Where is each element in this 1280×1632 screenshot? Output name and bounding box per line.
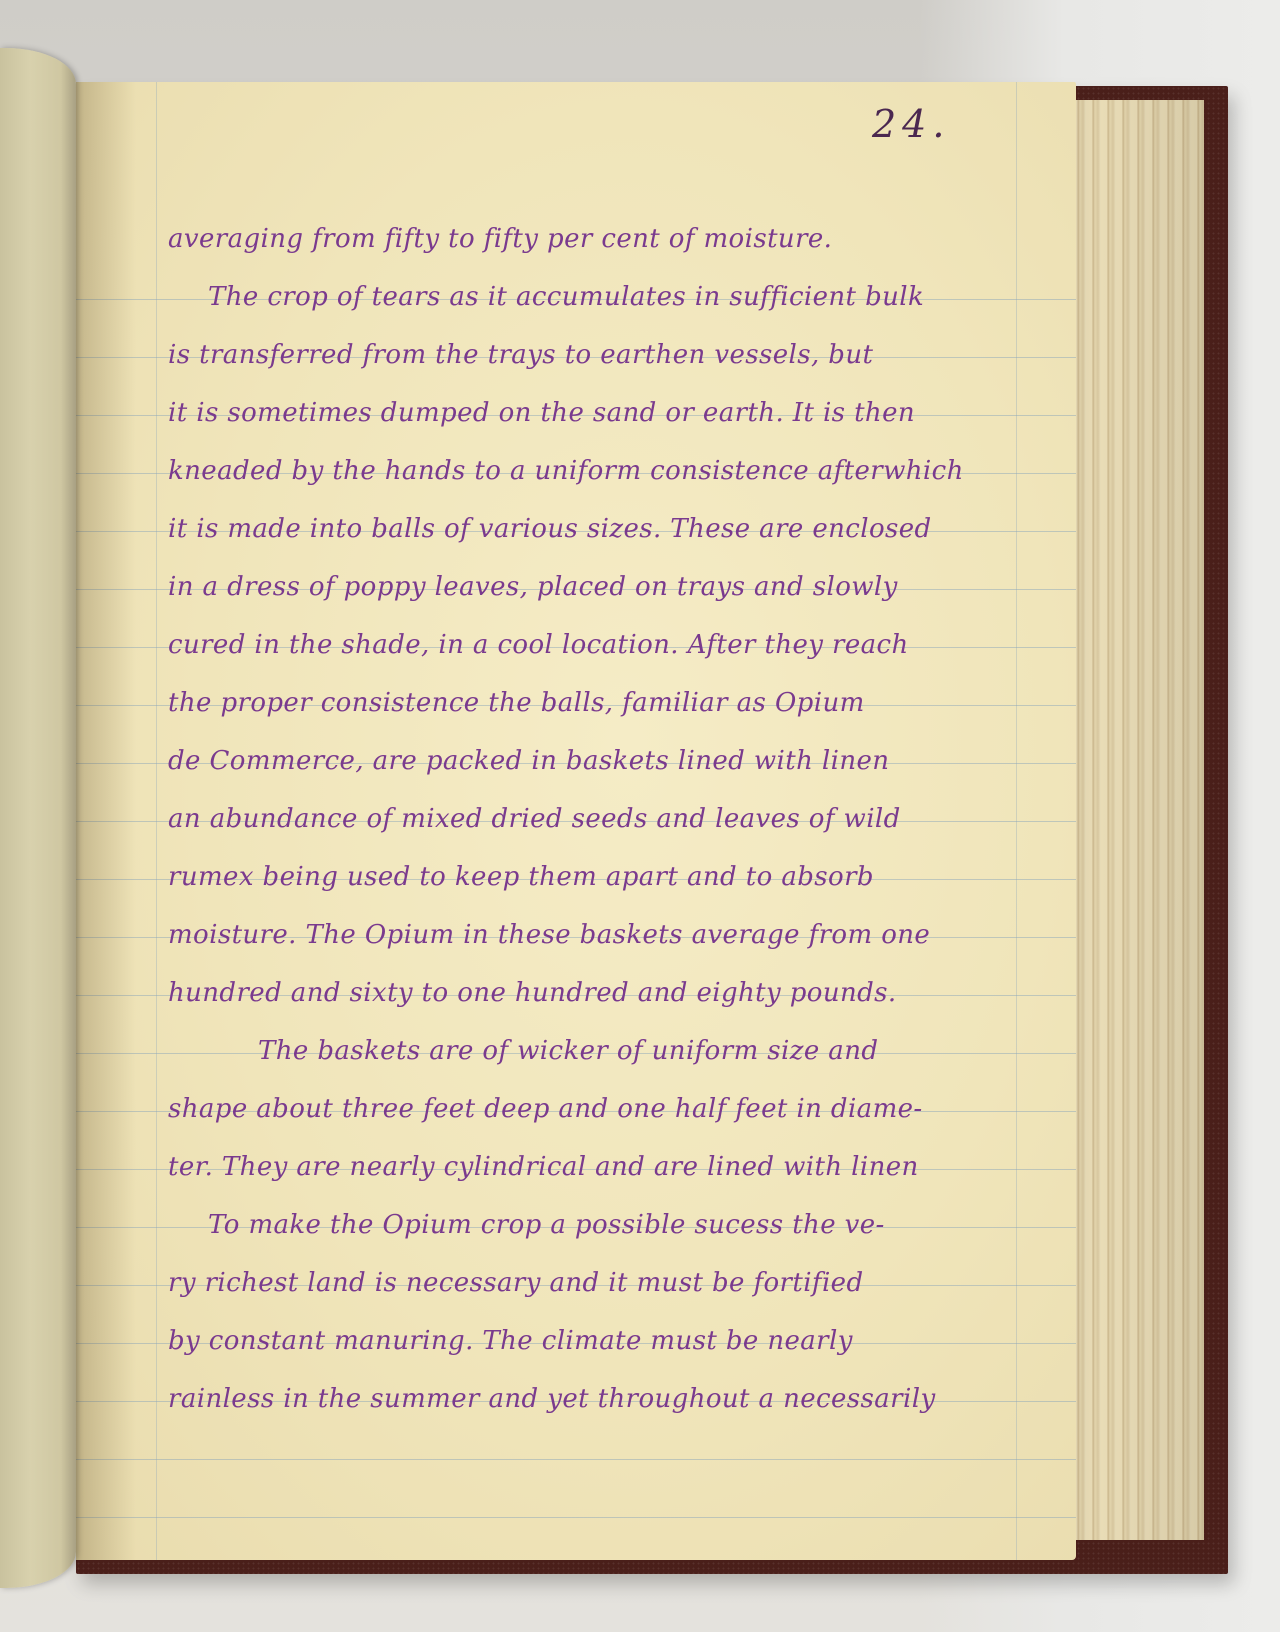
text-line: an abundance of mixed dried seeds and le…	[168, 790, 1018, 848]
text-line: by constant manuring. The climate must b…	[168, 1312, 1018, 1370]
text-line: kneaded by the hands to a uniform consis…	[168, 442, 1018, 500]
left-page-curl	[0, 48, 76, 1588]
text-line: The baskets are of wicker of uniform siz…	[168, 1022, 1018, 1080]
handwritten-text: averaging from fifty to fifty per cent o…	[168, 210, 1018, 1428]
gutter-shadow	[76, 82, 136, 1560]
text-line: cured in the shade, in a cool location. …	[168, 616, 1018, 674]
text-line: it is sometimes dumped on the sand or ea…	[168, 384, 1018, 442]
text-line: ter. They are nearly cylindrical and are…	[168, 1138, 1018, 1196]
text-line: shape about three feet deep and one half…	[168, 1080, 1018, 1138]
text-line: To make the Opium crop a possible sucess…	[168, 1196, 1018, 1254]
text-line: moisture. The Opium in these baskets ave…	[168, 906, 1018, 964]
text-line: in a dress of poppy leaves, placed on tr…	[168, 558, 1018, 616]
text-line: ry richest land is necessary and it must…	[168, 1254, 1018, 1312]
text-line: the proper consistence the balls, famili…	[168, 674, 1018, 732]
page-edges-shade	[1056, 100, 1204, 1540]
text-line: hundred and sixty to one hundred and eig…	[168, 964, 1018, 1022]
text-line: rainless in the summer and yet throughou…	[168, 1370, 1018, 1428]
text-line: averaging from fifty to fifty per cent o…	[168, 210, 1018, 268]
text-line: it is made into balls of various sizes. …	[168, 500, 1018, 558]
left-margin-rule	[156, 82, 157, 1560]
text-line: The crop of tears as it accumulates in s…	[168, 268, 1018, 326]
page-number: 24.	[872, 102, 950, 146]
ledger-page: 24. averaging from fifty to fifty per ce…	[76, 82, 1076, 1560]
text-line: de Commerce, are packed in baskets lined…	[168, 732, 1018, 790]
text-line: is transferred from the trays to earthen…	[168, 326, 1018, 384]
text-line: rumex being used to keep them apart and …	[168, 848, 1018, 906]
